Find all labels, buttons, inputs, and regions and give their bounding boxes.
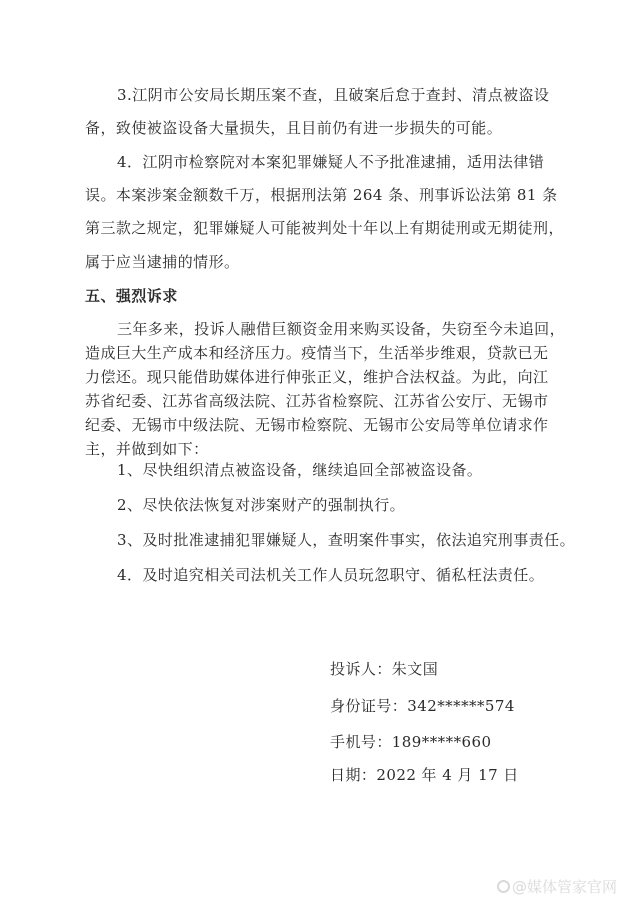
demand-item: 1、尽快组织清点被盗设备，继续追回全部被盗设备。 xyxy=(117,461,482,479)
demand-item: 2、尽快依法恢复对涉案财产的强制执行。 xyxy=(117,496,405,514)
watermark: @媒体管家官网 xyxy=(497,876,617,897)
demand-item: 3、及时批准逮捕犯罪嫌疑人，查明案件事实，依法追究刑事责任。 xyxy=(117,531,575,549)
complainant-name: 投诉人：朱文国 xyxy=(330,660,438,678)
watermark-text: @媒体管家官网 xyxy=(512,878,617,896)
paragraph-line: 纪委、无锡市中级法院、无锡市检察院、无锡市公安局等单位请求作 xyxy=(85,416,549,434)
point-3-line-2: 备，致使被盗设备大量损失，且目前仍有进一步损失的可能。 xyxy=(85,119,502,137)
point-3-line-1: 3.江阴市公安局长期压案不查，且破案后怠于查封、清点被盗设 xyxy=(117,86,549,104)
phone-number: 手机号：189*****660 xyxy=(330,733,492,751)
demand-item: 4．及时追究相关司法机关工作人员玩忽职守、循私枉法责任。 xyxy=(117,566,544,584)
id-number: 身份证号：342******574 xyxy=(330,697,515,715)
point-4-line-2: 误。本案涉案金额数千万，根据刑法第 264 条、刑事诉讼法第 81 条 xyxy=(85,186,558,204)
section-heading: 五、强烈诉求 xyxy=(85,287,178,305)
paragraph-line: 力偿还。现只能借助媒体进行伸张正义，维护合法权益。为此，向江 xyxy=(85,368,549,386)
media-logo-icon xyxy=(497,880,510,893)
point-4-line-4: 属于应当逮捕的情形。 xyxy=(85,253,240,271)
signature-date: 日期：2022 年 4 月 17 日 xyxy=(330,766,519,784)
paragraph-line: 主，并做到如下： xyxy=(85,440,209,458)
point-4-line-3: 第三款之规定，犯罪嫌疑人可能被判处十年以上有期徒刑或无期徒刑， xyxy=(85,219,564,237)
paragraph-line: 三年多来，投诉人融借巨额资金用来购买设备，失窃至今未追回， xyxy=(117,320,565,338)
paragraph-line: 苏省纪委、江苏省高级法院、江苏省检察院、江苏省公安厅、无锡市 xyxy=(85,392,549,410)
paragraph-line: 造成巨大生产成本和经济压力。疫情当下，生活举步维艰，贷款已无 xyxy=(85,344,549,362)
point-4-line-1: 4．江阴市检察院对本案犯罪嫌疑人不予批准逮捕，适用法律错 xyxy=(117,153,544,171)
